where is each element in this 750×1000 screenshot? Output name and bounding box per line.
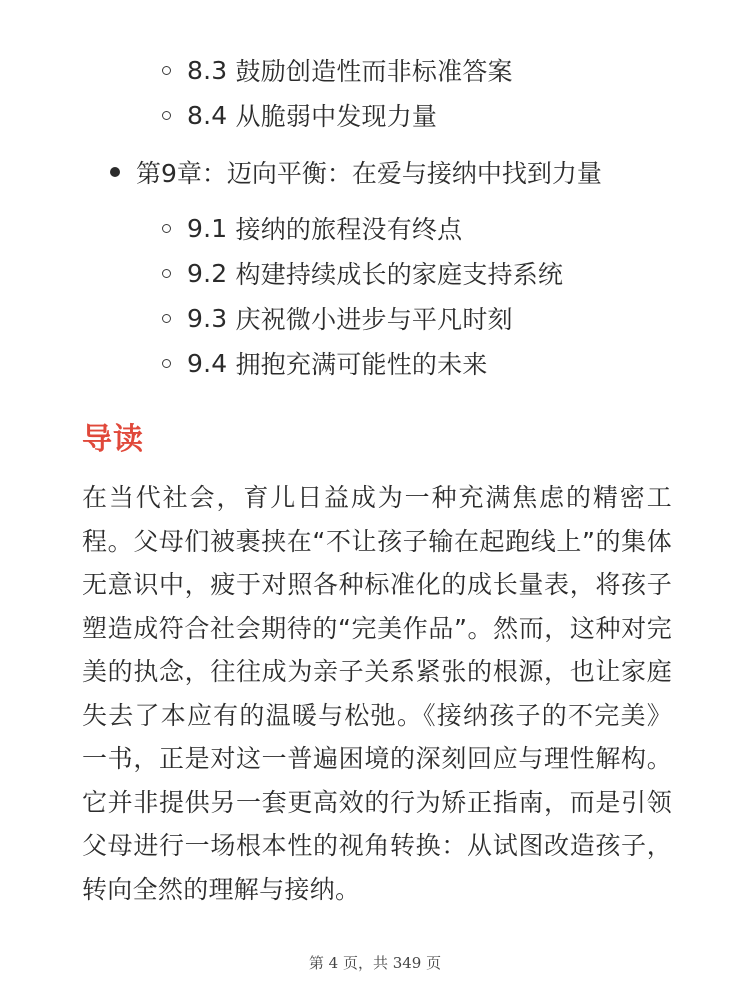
toc-item-title: 接纳的旅程没有终点 (236, 210, 463, 246)
toc-item-number: 9.2 (187, 259, 227, 288)
toc-item-title: 拥抱充满可能性的未来 (236, 345, 488, 381)
toc-item-number: 8.4 (187, 101, 227, 130)
toc-item-number: 8.3 (187, 56, 227, 85)
toc-item-9-2[interactable]: 9.2 构建持续成长的家庭支持系统 (162, 253, 563, 293)
page-indicator: 第 4 页，共 349 页 (0, 952, 750, 973)
hollow-circle-bullet-icon (162, 269, 171, 278)
toc-item-title: 从脆弱中发现力量 (236, 97, 438, 133)
hollow-circle-bullet-icon (162, 111, 171, 120)
toc-item-9-3[interactable]: 9.3 庆祝微小进步与平凡时刻 (162, 298, 513, 338)
toc-item-title: 庆祝微小进步与平凡时刻 (236, 300, 513, 336)
toc-item-8-4[interactable]: 8.4 从脆弱中发现力量 (162, 95, 437, 135)
toc-item-9-1[interactable]: 9.1 接纳的旅程没有终点 (162, 208, 462, 248)
toc-item-title: 构建持续成长的家庭支持系统 (236, 255, 564, 291)
toc-chapter-label: 第9章：迈向平衡：在爱与接纳中找到力量 (136, 154, 602, 190)
toc-item-number: 9.1 (187, 214, 227, 243)
hollow-circle-bullet-icon (162, 314, 171, 323)
toc-item-title: 鼓励创造性而非标准答案 (236, 52, 513, 88)
toc-chapter-9[interactable]: 第9章：迈向平衡：在爱与接纳中找到力量 (110, 150, 602, 194)
section-heading-intro: 导读 (82, 414, 144, 458)
intro-paragraph: 在当代社会，育儿日益成为一种充满焦虑的精密工程。父母们被裹挟在“不让孩子输在起跑… (82, 476, 672, 911)
toc-item-9-4[interactable]: 9.4 拥抱充满可能性的未来 (162, 343, 488, 383)
filled-circle-bullet-icon (110, 167, 120, 177)
toc-item-number: 9.4 (187, 349, 227, 378)
hollow-circle-bullet-icon (162, 66, 171, 75)
toc-item-8-3[interactable]: 8.3 鼓励创造性而非标准答案 (162, 50, 513, 90)
hollow-circle-bullet-icon (162, 359, 171, 368)
document-page: 8.3 鼓励创造性而非标准答案 8.4 从脆弱中发现力量 第9章：迈向平衡：在爱… (0, 0, 750, 1000)
hollow-circle-bullet-icon (162, 224, 171, 233)
toc-item-number: 9.3 (187, 304, 227, 333)
